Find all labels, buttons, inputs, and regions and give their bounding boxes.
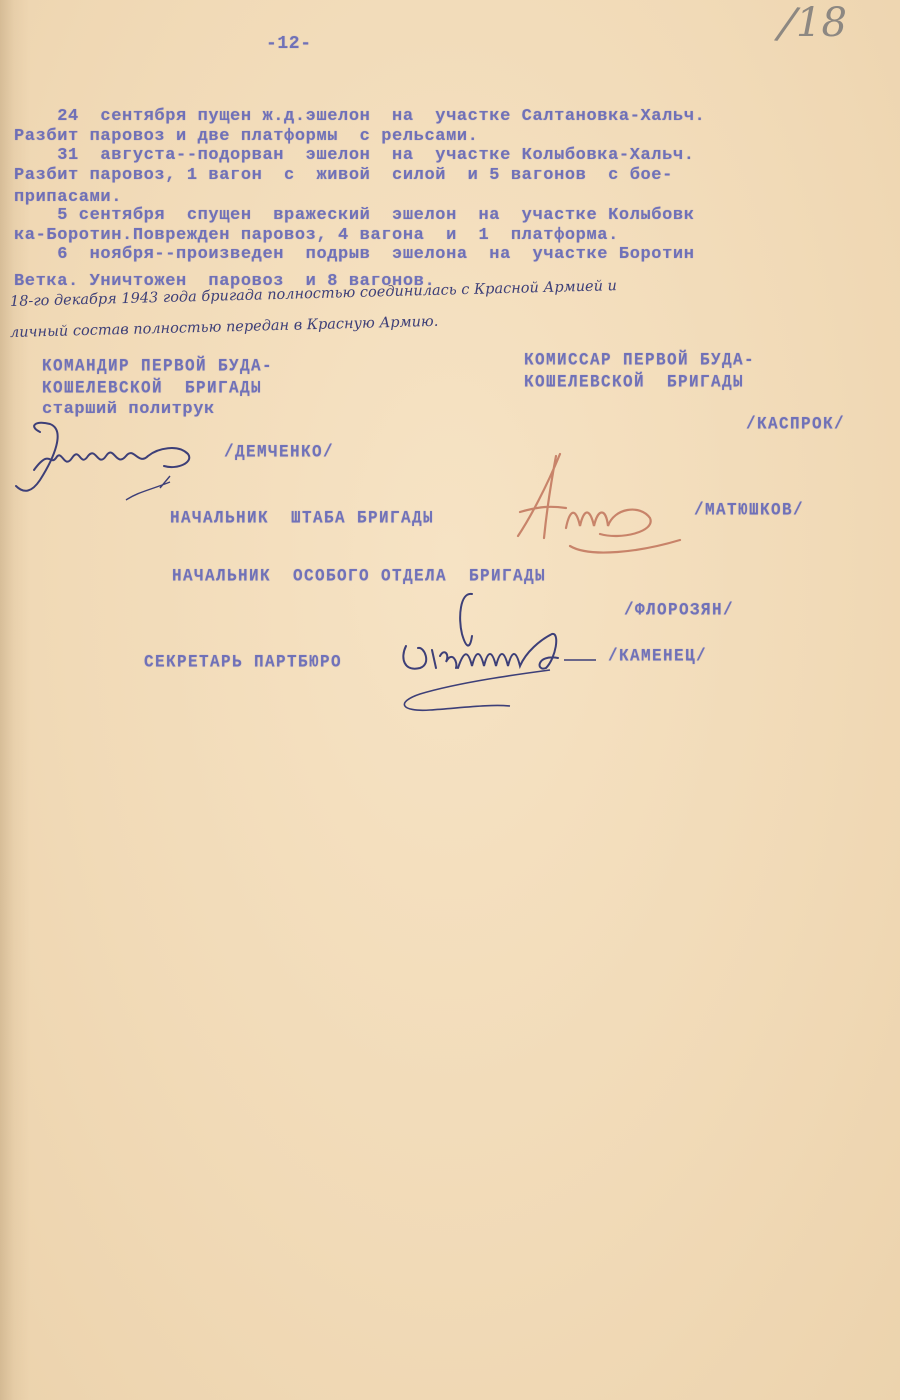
archive-sheet-number: /	[780, 0, 795, 49]
special-department-name: /ФЛОРОЗЯН/	[624, 600, 734, 620]
body-line-1: 24 сентября пущен ж.д.эшелон на участке …	[14, 107, 705, 126]
body-line-7: ка-Боротин.Поврежден паровоз, 4 вагона и…	[14, 226, 619, 245]
party-secretary-title: СЕКРЕТАРЬ ПАРТБЮРО	[144, 652, 342, 672]
body-line-6: 5 сентября спущен вражеский эшелон на уч…	[14, 206, 695, 225]
handwritten-note-line-2: личный состав полностью передан в Красну…	[10, 314, 439, 341]
commander-title-line-1: КОМАНДИР ПЕРВОЙ БУДА-	[42, 356, 273, 376]
archive-document-page: / 18 -12- 24 сентября пущен ж.д.эшелон н…	[0, 0, 900, 1400]
chief-of-staff-signature	[490, 448, 690, 568]
body-line-2: Разбит паровоз и две платформы с рельсам…	[14, 127, 478, 146]
chief-of-staff-name: /МАТЮШКОВ/	[694, 500, 804, 520]
commissar-title-line-2: КОШЕЛЕВСКОЙ БРИГАДЫ	[524, 372, 744, 392]
commander-rank: старший политрук	[42, 400, 215, 419]
body-line-4: Разбит паровоз, 1 вагон с живой силой и …	[14, 166, 673, 185]
commissar-title-line-1: КОМИССАР ПЕРВОЙ БУДА-	[524, 350, 755, 370]
archive-sheet-number-digit: 18	[796, 0, 847, 46]
commander-name: /ДЕМЧЕНКО/	[224, 442, 334, 462]
special-department-title: НАЧАЛЬНИК ОСОБОГО ОТДЕЛА БРИГАДЫ	[172, 566, 546, 586]
body-line-8: 6 ноября--произведен подрыв эшелона на у…	[14, 245, 695, 264]
party-secretary-name: /КАМЕНЕЦ/	[608, 646, 707, 666]
commander-title-line-2: КОШЕЛЕВСКОЙ БРИГАДЫ	[42, 378, 262, 398]
chief-of-staff-title: НАЧАЛЬНИК ШТАБА БРИГАДЫ	[170, 508, 434, 528]
body-line-3: 31 августа--подорван эшелон на участке К…	[14, 146, 695, 165]
commander-signature	[10, 418, 230, 508]
party-secretary-signature	[340, 588, 620, 718]
body-line-5: припасами.	[14, 188, 122, 207]
commissar-name: /КАСПРОК/	[746, 414, 845, 434]
page-number: -12-	[266, 34, 312, 54]
